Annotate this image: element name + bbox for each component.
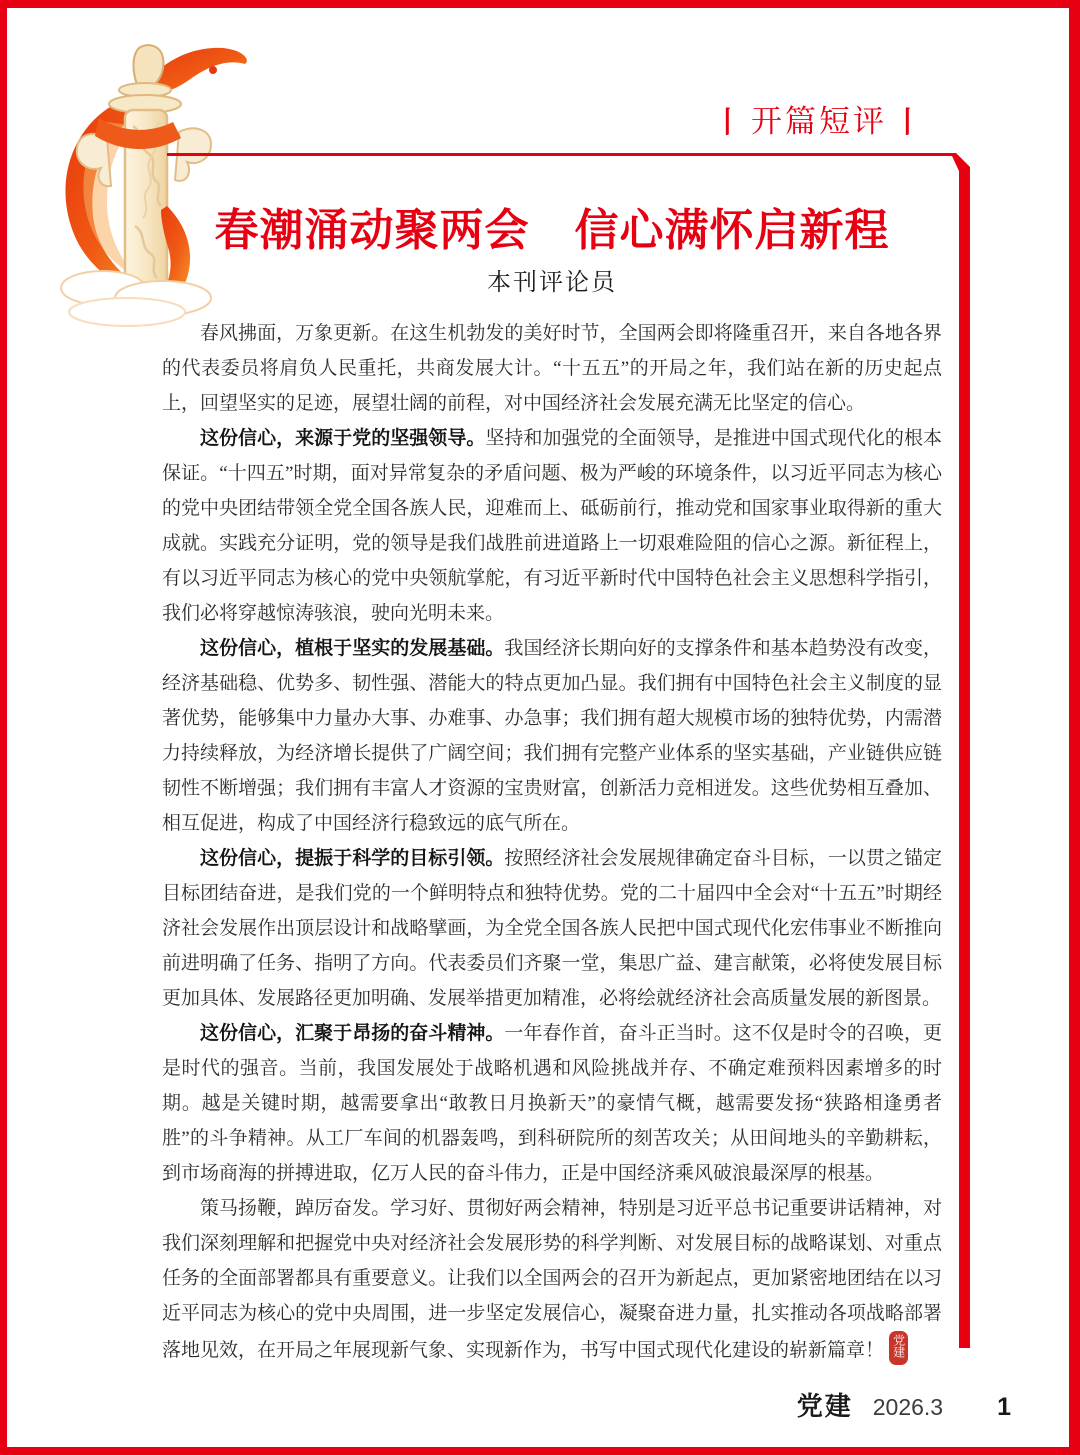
paragraph-text: 春风拂面，万象更新。在这生机勃发的美好时节，全国两会即将隆重召开，来自各地各界的… [162, 323, 942, 414]
section-label: 丨开篇短评丨 [707, 96, 931, 141]
paragraph-text: 策马扬鞭，踔厉奋发。学习好、贯彻好两会精神，特别是习近平总书记重要讲话精神，对我… [162, 1198, 942, 1361]
paragraph: 这份信心，植根于坚实的发展基础。我国经济长期向好的支撑条件和基本趋势没有改变，经… [162, 631, 942, 841]
paragraph-lead: 这份信心，汇聚于昂扬的奋斗精神。 [200, 1023, 504, 1044]
article-byline: 本刊评论员 [162, 262, 942, 297]
page-footer: 党建 2026.3 1 [797, 1386, 1011, 1423]
section-label-bar-right: 丨 [887, 107, 931, 139]
paragraph-text: 我国经济长期向好的支撑条件和基本趋势没有改变，经济基础稳、优势多、韧性强、潜能大… [162, 638, 942, 834]
paragraph: 这份信心，汇聚于昂扬的奋斗精神。一年春作首，奋斗正当时。这不仅是时令的召唤，更是… [162, 1016, 942, 1191]
paragraph: 春风拂面，万象更新。在这生机勃发的美好时节，全国两会即将隆重召开，来自各地各界的… [162, 316, 942, 421]
paragraph-text: 坚持和加强党的全面领导，是推进中国式现代化的根本保证。“十四五”时期，面对异常复… [162, 428, 942, 624]
paragraph: 这份信心，提振于科学的目标引领。按照经济社会发展规律确定奋斗目标，一以贯之锚定目… [162, 841, 942, 1016]
ribbon-dot [209, 66, 217, 74]
paragraph-text: 按照经济社会发展规律确定奋斗目标，一以贯之锚定目标团结奋进，是我们党的一个鲜明特… [162, 848, 942, 1009]
section-label-text: 开篇短评 [751, 104, 887, 139]
footer-issue: 2026.3 [873, 1394, 943, 1421]
magazine-page: 丨开篇短评丨 春潮涌动聚两会 信心满怀启新程 本刊评论员 春风拂面，万象更新。在… [0, 0, 1080, 1455]
paragraph: 策马扬鞭，踔厉奋发。学习好、贯彻好两会精神，特别是习近平总书记重要讲话精神，对我… [162, 1191, 942, 1368]
paragraph: 这份信心，来源于党的坚强领导。坚持和加强党的全面领导，是推进中国式现代化的根本保… [162, 421, 942, 631]
footer-magazine-name: 党建 [797, 1386, 853, 1423]
article-body: 春风拂面，万象更新。在这生机勃发的美好时节，全国两会即将隆重召开，来自各地各界的… [162, 316, 942, 1368]
paragraph-lead: 这份信心，来源于党的坚强领导。 [200, 428, 485, 449]
paragraph-text: 一年春作首，奋斗正当时。这不仅是时令的召唤，更是时代的强音。当前，我国发展处于战… [162, 1023, 942, 1184]
lion-finial [134, 45, 164, 84]
article-title: 春潮涌动聚两会 信心满怀启新程 [162, 194, 942, 258]
paragraph-lead: 这份信心，植根于坚实的发展基础。 [200, 638, 504, 659]
section-label-bar-left: 丨 [707, 107, 751, 139]
paragraph-lead: 这份信心，提振于科学的目标引领。 [200, 848, 504, 869]
footer-page-number: 1 [997, 1393, 1011, 1422]
magazine-seal: 党建 [889, 1331, 908, 1365]
